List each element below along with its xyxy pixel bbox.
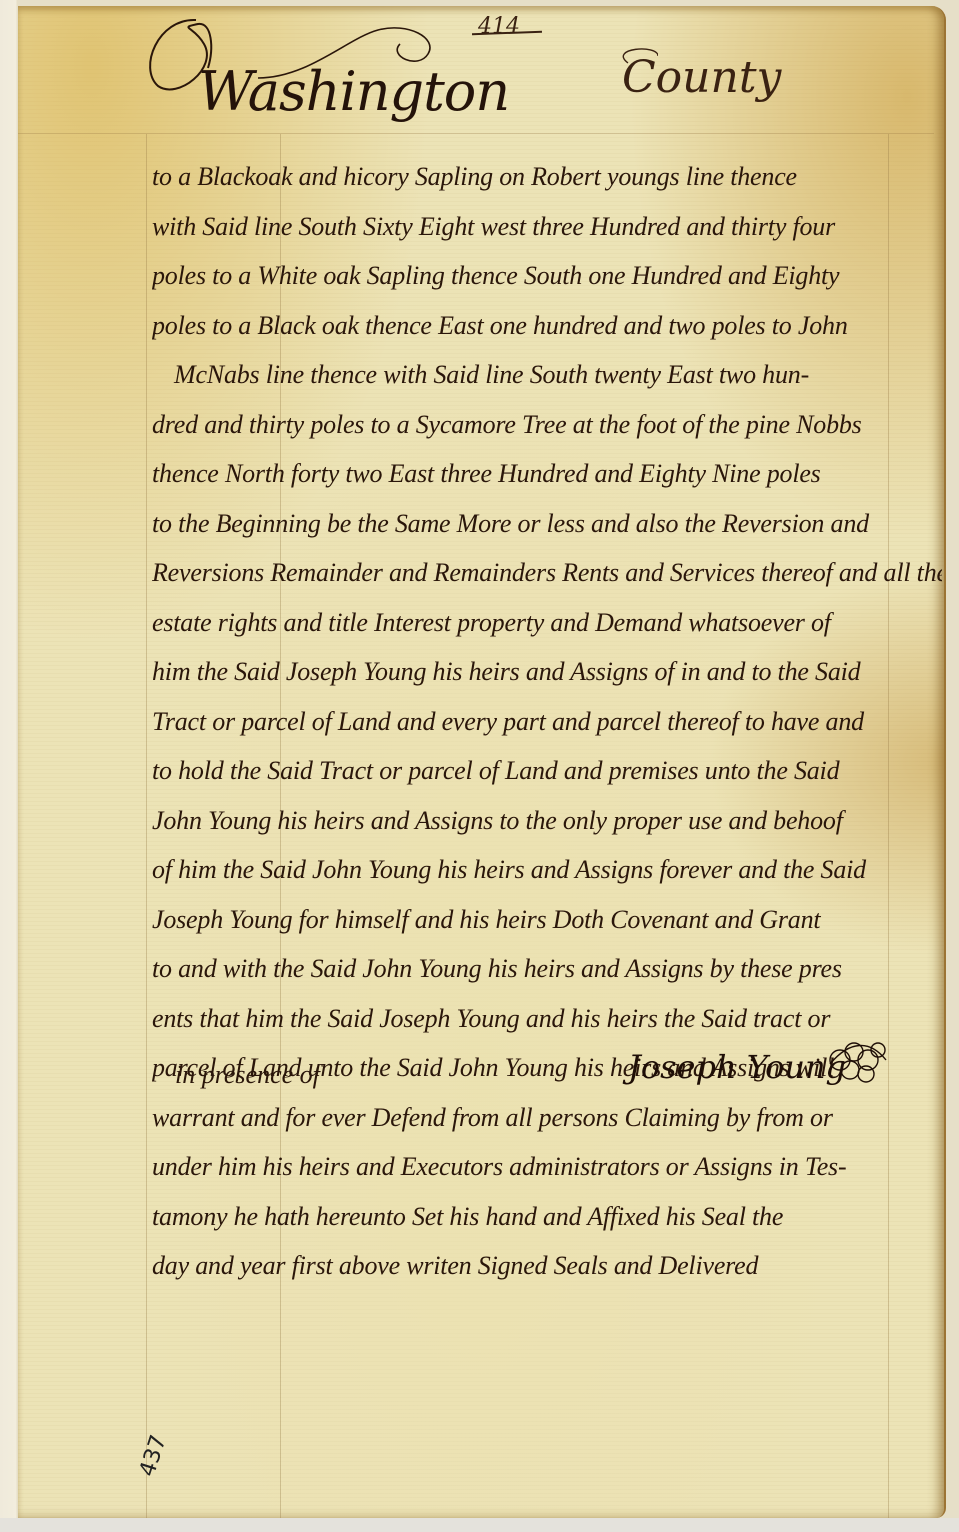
- deed-line: tamony he hath hereunto Set his hand and…: [152, 1192, 942, 1242]
- witness-line: in presence of: [175, 1060, 320, 1090]
- bleed-through-text: [560, 1140, 566, 1167]
- signature: Joseph Young: [628, 1048, 846, 1086]
- deed-line: Joseph Young for himself and his heirs D…: [152, 895, 942, 945]
- deed-line: him the Said Joseph Young his heirs and …: [152, 647, 942, 697]
- deed-line: day and year first above writen Signed S…: [152, 1241, 942, 1291]
- deed-line: to the Beginning be the Same More or les…: [152, 499, 942, 549]
- scan-bottom-edge: [0, 1518, 959, 1532]
- deed-line: to and with the Said John Young his heir…: [152, 944, 942, 994]
- deed-line: of him the Said John Young his heirs and…: [152, 845, 942, 895]
- deed-line: thence North forty two East three Hundre…: [152, 449, 942, 499]
- header-rule-line: [18, 133, 934, 134]
- deed-line: poles to a Black oak thence East one hun…: [152, 301, 942, 351]
- deed-line: under him his heirs and Executors admini…: [152, 1142, 942, 1192]
- deed-line: with Said line South Sixty Eight west th…: [152, 202, 942, 252]
- deed-line: poles to a White oak Sapling thence Sout…: [152, 251, 942, 301]
- deed-line: estate rights and title Interest propert…: [152, 598, 942, 648]
- margin-rule-line: [146, 134, 147, 1518]
- seal-scroll-icon: [820, 1030, 890, 1090]
- deed-line: Tract or parcel of Land and every part a…: [152, 697, 942, 747]
- county-label-heading: County: [622, 52, 781, 103]
- deed-line: warrant and for ever Defend from all per…: [152, 1093, 942, 1143]
- deed-line: Reversions Remainder and Remainders Rent…: [152, 548, 942, 598]
- deed-line: dred and thirty poles to a Sycamore Tree…: [152, 400, 942, 450]
- deed-line: John Young his heirs and Assigns to the …: [152, 796, 942, 846]
- page-number-top: 414: [478, 14, 520, 39]
- county-name-heading: Washington: [198, 60, 509, 123]
- deed-line: to hold the Said Tract or parcel of Land…: [152, 746, 942, 796]
- deed-body-text: to a Blackoak and hicory Sapling on Robe…: [152, 152, 942, 1291]
- deed-line: to a Blackoak and hicory Sapling on Robe…: [152, 152, 942, 202]
- deed-line: McNabs line thence with Said line South …: [152, 350, 942, 400]
